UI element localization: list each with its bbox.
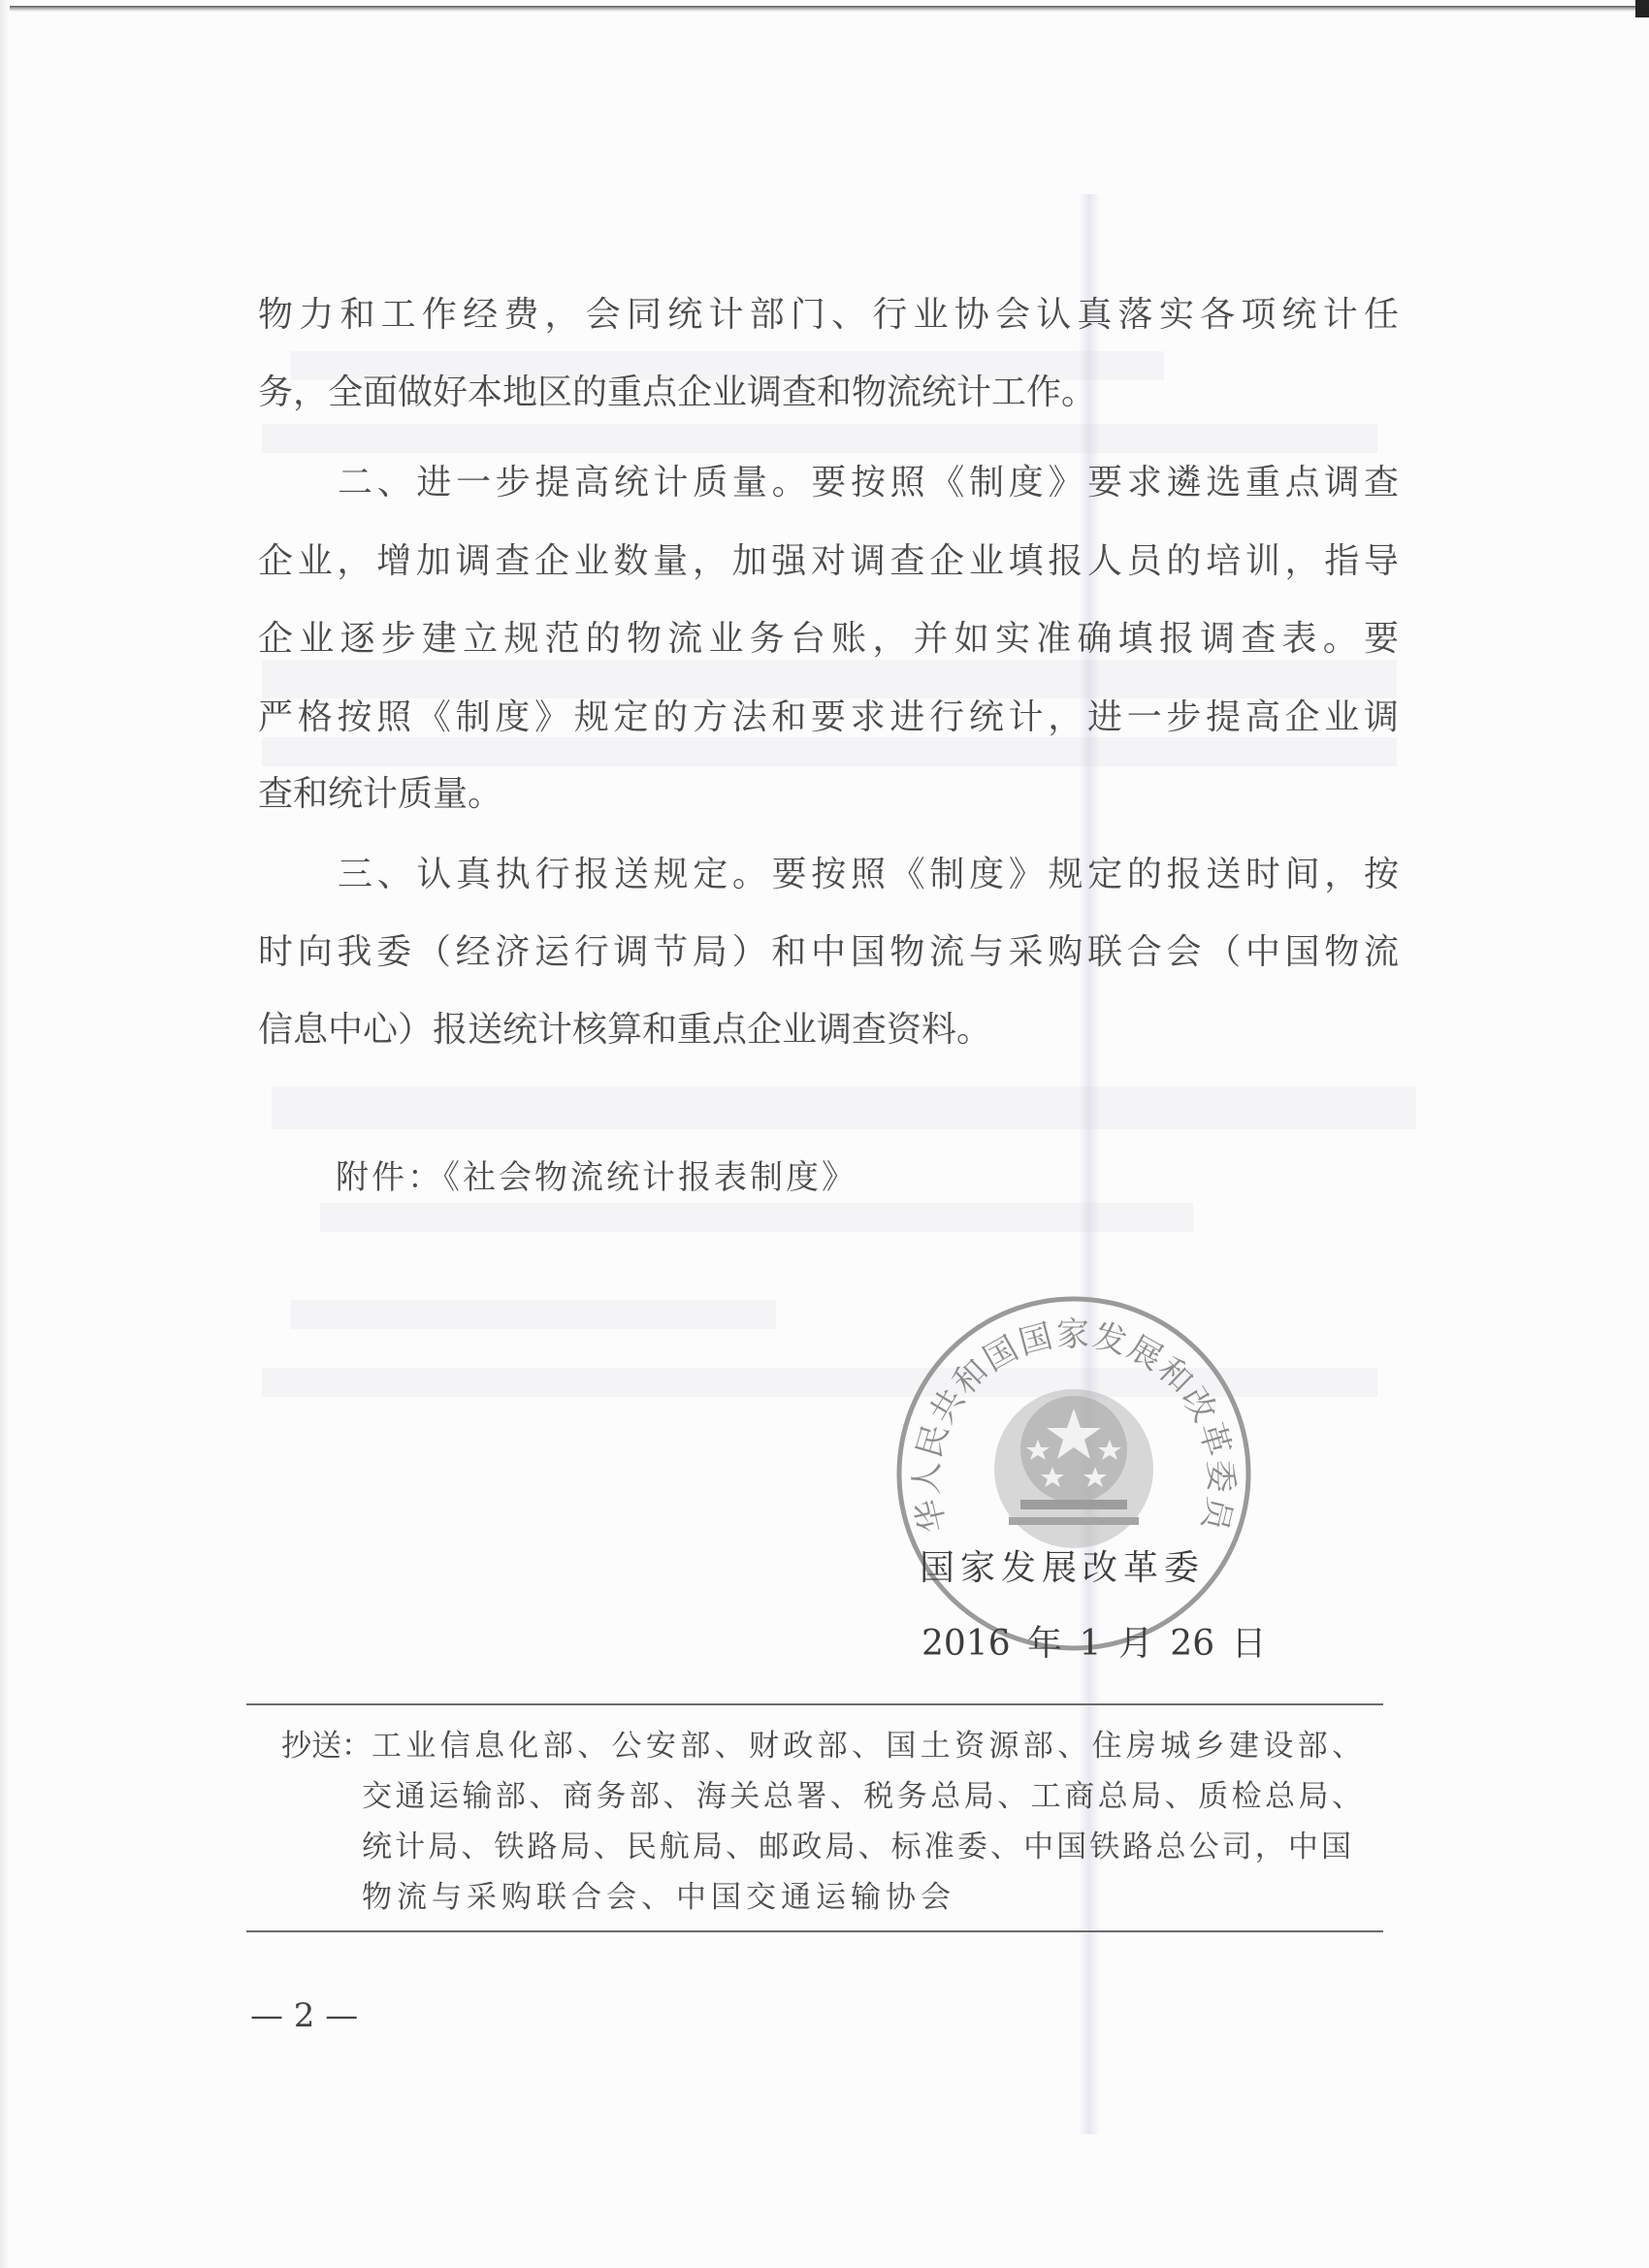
bleed-through-text: [272, 1086, 1416, 1129]
body-line: 信息中心）报送统计核算和重点企业调查资料。: [258, 1009, 1399, 1052]
cc-top-rule: [246, 1703, 1383, 1705]
body-line: 务，全面做好本地区的重点企业调查和物流统计工作。: [258, 372, 1399, 414]
bleed-through-text: [320, 1203, 1193, 1232]
scan-left-edge: [0, 0, 10, 2268]
body-line: 查和统计质量。: [258, 773, 1399, 816]
body-line: 时向我委（经济运行调节局）和中国物流与采购联合会（中国物流: [258, 931, 1399, 974]
section-two-heading-line: 二、进一步提高统计质量。要按照《制度》要求遴选重点调查: [338, 462, 1399, 504]
official-seal-icon: 中华人民共和国国家发展和改革委员会: [894, 1294, 1253, 1653]
body-line: 企业逐步建立规范的物流业务台账，并如实准确填报调查表。要: [258, 618, 1399, 661]
body-line: 严格按照《制度》规定的方法和要求进行统计，进一步提高企业调: [258, 697, 1399, 739]
cc-line-text: 工业信息化部、公安部、财政部、国土资源部、住房城乡建设部、: [372, 1727, 1362, 1766]
page-number: — 2 —: [250, 1996, 358, 2035]
section-three-heading-line: 三、认真执行报送规定。要按照《制度》规定的报送时间，按: [338, 854, 1399, 896]
bleed-through-text: [262, 424, 1377, 453]
bleed-through-text: [262, 737, 1397, 766]
bleed-through-text: [291, 1300, 776, 1329]
cc-bottom-rule: [246, 1930, 1383, 1932]
scan-top-edge: [10, 6, 1649, 12]
cc-label: 抄送：: [281, 1727, 372, 1766]
signing-organization: 国家发展改革委: [920, 1540, 1205, 1590]
bleed-through-text: [262, 660, 1397, 698]
scan-corner-mark: [1635, 0, 1649, 17]
body-line: 物力和工作经费，会同统计部门、行业协会认真落实各项统计任: [258, 294, 1399, 337]
cc-line: 物流与采购联合会、中国交通运输协会: [362, 1878, 955, 1917]
cc-first-line: 抄送：工业信息化部、公安部、财政部、国土资源部、住房城乡建设部、: [281, 1727, 1362, 1766]
cc-line: 交通运输部、商务部、海关总署、税务总局、工商总局、质检总局、: [362, 1777, 1362, 1816]
signing-date: 2016 年 1 月 26 日: [921, 1616, 1267, 1666]
attachment-line: 附件：《社会物流统计报表制度》: [336, 1156, 857, 1199]
body-line: 企业，增加调查企业数量，加强对调查企业填报人员的培训，指导: [258, 540, 1399, 583]
cc-line: 统计局、铁路局、民航局、邮政局、标准委、中国铁路总公司，中国: [362, 1828, 1351, 1866]
